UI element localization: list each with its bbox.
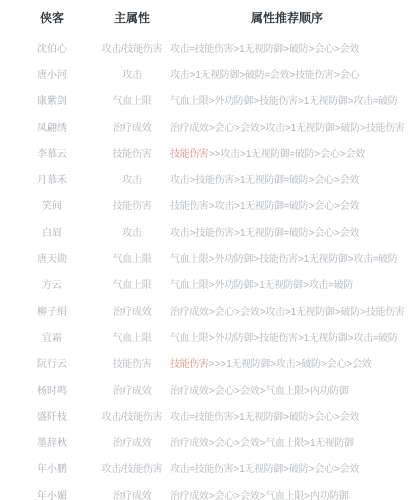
main-attribute-cell: 气血上限 <box>94 250 170 265</box>
hero-name-cell: 白眉 <box>10 224 94 239</box>
recommended-order-cell: 气血上限 > 外功防御 > 技能伤害 > 1无视防御 > 攻击=破防 <box>170 92 410 107</box>
order-text: 技能伤害 > 攻击 > 1无视防御=破防 > 会心 > 会效 <box>170 201 359 212</box>
recommended-order-cell: 攻击 > 技能伤害 > 1无视防御=破防 > 会心 > 会效 <box>170 224 410 239</box>
hero-name-cell: 盛阡枝 <box>10 408 94 423</box>
recommended-order-cell: 治疗成效 > 会心 > 会效 > 气血上限 > 内功防御 <box>170 487 410 500</box>
attribute-recommendation-table: 侠客 主属性 属性推荐顺序 沈伯心攻击/技能伤害攻击=技能伤害 > 1无视防御 … <box>0 0 414 500</box>
main-attribute-cell: 气血上限 <box>94 329 170 344</box>
hero-name-cell: 柳子绢 <box>10 303 94 318</box>
table-row: 沈伯心攻击/技能伤害攻击=技能伤害 > 1无视防御 > 破防 > 会心 > 会效 <box>0 34 414 60</box>
recommended-order-cell: 技能伤害 > 攻击 > 1无视防御=破防 > 会心 > 会效 <box>170 197 410 212</box>
hero-name-cell: 康紫剑 <box>10 92 94 107</box>
recommended-order-cell: 治疗成效 > 会心 > 会效 > 气血上限 > 1无视防御 <box>170 434 410 449</box>
order-text: 气血上限 > 外功防御 > 1无视防御 > 攻击=破防 <box>170 280 353 291</box>
recommended-order-cell: 气血上限 > 外功防御 > 1无视防御 > 攻击=破防 <box>170 276 410 291</box>
order-text: 攻击 > 技能伤害 > 1无视防御=破防 > 会心 > 会效 <box>170 175 359 186</box>
order-text: 攻击 > 技能伤害 > 1无视防御=破防 > 会心 > 会效 <box>170 228 359 239</box>
table-row: 杨时鸣治疗成效治疗成效 > 会心 > 会效 > 气血上限 > 内功防御 <box>0 376 414 402</box>
recommended-order-cell: 攻击=技能伤害 > 1无视防御 > 破防 > 会心 > 会效 <box>170 408 410 423</box>
table-row: 笑间技能伤害技能伤害 > 攻击 > 1无视防御=破防 > 会心 > 会效 <box>0 192 414 218</box>
table-row: 盛阡枝攻击/技能伤害攻击=技能伤害 > 1无视防御 > 破防 > 会心 > 会效 <box>0 402 414 428</box>
recommended-order-cell: 攻击=技能伤害 > 1无视防御 > 破防 > 会心 > 会效 <box>170 40 410 55</box>
hero-name-cell: 年小媚 <box>10 487 94 500</box>
table-body: 沈伯心攻击/技能伤害攻击=技能伤害 > 1无视防御 > 破防 > 会心 > 会效… <box>0 34 414 500</box>
hero-name-cell: 沈伯心 <box>10 40 94 55</box>
order-text: 攻击=技能伤害 > 1无视防御 > 破防 > 会心 > 会效 <box>170 412 359 423</box>
hero-name-cell: 李慕云 <box>10 145 94 160</box>
main-attribute-cell: 攻击 <box>94 171 170 186</box>
hero-name-cell: 宜霜 <box>10 329 94 344</box>
main-attribute-cell: 气血上限 <box>94 92 170 107</box>
table-row: 康紫剑气血上限气血上限 > 外功防御 > 技能伤害 > 1无视防御 > 攻击=破… <box>0 87 414 113</box>
order-highlighted-attribute: 技能伤害 <box>170 149 208 160</box>
table-row: 阮行云技能伤害技能伤害 > > > 1无视防御 > 攻击 > 破防 > 会心 >… <box>0 350 414 376</box>
hero-name-cell: 杨时鸣 <box>10 382 94 397</box>
table-row: 年小鹏攻击/技能伤害攻击=技能伤害 > 1无视防御 > 破防 > 会心 > 会效 <box>0 455 414 481</box>
order-text: 攻击=技能伤害 > 1无视防御 > 破防 > 会心 > 会效 <box>170 44 359 55</box>
order-text: 攻击 > 1无视防御 > 破防=会效 > 技能伤害 > 会心 <box>170 70 359 81</box>
column-header-main-attribute: 主属性 <box>94 9 170 26</box>
table-row: 宜霜气血上限气血上限 > 外功防御 > 技能伤害 > 1无视防御 > 攻击=破防 <box>0 323 414 349</box>
order-text: 治疗成效 > 会心 > 会效 > 攻击 > 1无视防御 > 破防 > 技能伤害 <box>170 307 404 318</box>
table-row: 白眉攻击攻击 > 技能伤害 > 1无视防御=破防 > 会心 > 会效 <box>0 218 414 244</box>
hero-name-cell: 方云 <box>10 276 94 291</box>
main-attribute-cell: 攻击 <box>94 224 170 239</box>
table-header-row: 侠客 主属性 属性推荐顺序 <box>0 0 414 34</box>
main-attribute-cell: 治疗成效 <box>94 303 170 318</box>
hero-name-cell: 凤翩绣 <box>10 119 94 134</box>
main-attribute-cell: 技能伤害 <box>94 197 170 212</box>
main-attribute-cell: 气血上限 <box>94 276 170 291</box>
table-row: 墨辞秋治疗成效治疗成效 > 会心 > 会效 > 气血上限 > 1无视防御 <box>0 428 414 454</box>
main-attribute-cell: 攻击/技能伤害 <box>94 408 170 423</box>
hero-name-cell: 唐天勋 <box>10 250 94 265</box>
recommended-order-cell: 气血上限 > 外功防御 > 技能伤害 > 1无视防御 > 攻击=破防 <box>170 250 410 265</box>
table-row: 唐小河攻击攻击 > 1无视防御 > 破防=会效 > 技能伤害 > 会心 <box>0 60 414 86</box>
recommended-order-cell: 攻击 > 1无视防御 > 破防=会效 > 技能伤害 > 会心 <box>170 66 410 81</box>
recommended-order-cell: 技能伤害 > > > 1无视防御 > 攻击 > 破防 > 会心 > 会效 <box>170 355 410 370</box>
order-text: 攻击=技能伤害 > 1无视防御 > 破防 > 会心 > 会效 <box>170 464 359 475</box>
order-text: > > > 1无视防御 > 攻击 > 破防 > 会心 > 会效 <box>208 359 371 370</box>
hero-name-cell: 阮行云 <box>10 355 94 370</box>
hero-name-cell: 月慕禾 <box>10 171 94 186</box>
order-text: > > 攻击 > 1无视防御=破防 > 会心 > 会效 <box>208 149 364 160</box>
recommended-order-cell: 治疗成效 > 会心 > 会效 > 攻击 > 1无视防御 > 破防 > 技能伤害 <box>170 119 410 134</box>
order-text: 气血上限 > 外功防御 > 技能伤害 > 1无视防御 > 攻击=破防 <box>170 96 397 107</box>
main-attribute-cell: 治疗成效 <box>94 487 170 500</box>
recommended-order-cell: 气血上限 > 外功防御 > 技能伤害 > 1无视防御 > 攻击=破防 <box>170 329 410 344</box>
table-row: 年小媚治疗成效治疗成效 > 会心 > 会效 > 气血上限 > 内功防御 <box>0 481 414 500</box>
order-text: 气血上限 > 外功防御 > 技能伤害 > 1无视防御 > 攻击=破防 <box>170 333 397 344</box>
table-row: 唐天勋气血上限气血上限 > 外功防御 > 技能伤害 > 1无视防御 > 攻击=破… <box>0 244 414 270</box>
column-header-recommended-order: 属性推荐顺序 <box>170 9 404 26</box>
main-attribute-cell: 攻击/技能伤害 <box>94 40 170 55</box>
main-attribute-cell: 技能伤害 <box>94 355 170 370</box>
order-text: 治疗成效 > 会心 > 会效 > 气血上限 > 内功防御 <box>170 386 348 397</box>
hero-name-cell: 笑间 <box>10 197 94 212</box>
table-row: 李慕云技能伤害技能伤害 > > 攻击 > 1无视防御=破防 > 会心 > 会效 <box>0 139 414 165</box>
recommended-order-cell: 治疗成效 > 会心 > 会效 > 气血上限 > 内功防御 <box>170 382 410 397</box>
order-text: 治疗成效 > 会心 > 会效 > 气血上限 > 1无视防御 <box>170 438 354 449</box>
order-highlighted-attribute: 技能伤害 <box>170 359 208 370</box>
recommended-order-cell: 攻击 > 技能伤害 > 1无视防御=破防 > 会心 > 会效 <box>170 171 410 186</box>
order-text: 气血上限 > 外功防御 > 技能伤害 > 1无视防御 > 攻击=破防 <box>170 254 397 265</box>
main-attribute-cell: 攻击 <box>94 66 170 81</box>
hero-name-cell: 墨辞秋 <box>10 434 94 449</box>
order-text: 治疗成效 > 会心 > 会效 > 气血上限 > 内功防御 <box>170 491 348 500</box>
main-attribute-cell: 技能伤害 <box>94 145 170 160</box>
main-attribute-cell: 治疗成效 <box>94 434 170 449</box>
main-attribute-cell: 攻击/技能伤害 <box>94 460 170 475</box>
hero-name-cell: 年小鹏 <box>10 460 94 475</box>
recommended-order-cell: 治疗成效 > 会心 > 会效 > 攻击 > 1无视防御 > 破防 > 技能伤害 <box>170 303 410 318</box>
order-text: 治疗成效 > 会心 > 会效 > 攻击 > 1无视防御 > 破防 > 技能伤害 <box>170 123 404 134</box>
recommended-order-cell: 技能伤害 > > 攻击 > 1无视防御=破防 > 会心 > 会效 <box>170 145 410 160</box>
table-row: 凤翩绣治疗成效治疗成效 > 会心 > 会效 > 攻击 > 1无视防御 > 破防 … <box>0 113 414 139</box>
main-attribute-cell: 治疗成效 <box>94 119 170 134</box>
hero-name-cell: 唐小河 <box>10 66 94 81</box>
recommended-order-cell: 攻击=技能伤害 > 1无视防御 > 破防 > 会心 > 会效 <box>170 460 410 475</box>
column-header-hero: 侠客 <box>10 9 94 26</box>
table-row: 月慕禾攻击攻击 > 技能伤害 > 1无视防御=破防 > 会心 > 会效 <box>0 165 414 191</box>
table-row: 方云气血上限气血上限 > 外功防御 > 1无视防御 > 攻击=破防 <box>0 271 414 297</box>
main-attribute-cell: 治疗成效 <box>94 382 170 397</box>
table-row: 柳子绢治疗成效治疗成效 > 会心 > 会效 > 攻击 > 1无视防御 > 破防 … <box>0 297 414 323</box>
